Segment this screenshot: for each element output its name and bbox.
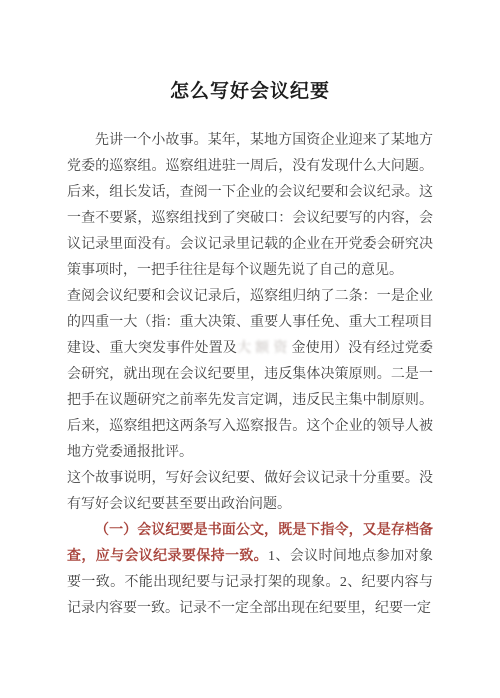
page-title: 怎么写好会议纪要: [0, 0, 500, 103]
text-run: 这个故事说明，写好会议纪要、做好会议记录十分重要。没有写好会议纪要甚至要出政治问…: [67, 471, 433, 512]
text-run: 金使用）没有经过党委会研究，就出现在会议纪要里，违反集体决策原则。二是一把手在议…: [67, 341, 433, 460]
document-body: 先讲一个小故事。某年，某地方国资企业迎来了某地方党委的巡察组。巡察组进驻一周后，…: [67, 128, 433, 622]
moral-paragraph: 这个故事说明，写好会议纪要、做好会议记录十分重要。没有写好会议纪要甚至要出政治问…: [67, 466, 433, 518]
text-run: 先讲一个小故事。某年，某地方国资企业迎来了某地方党委的巡察组。巡察组进驻一周后，…: [67, 133, 433, 278]
story-paragraph: 先讲一个小故事。某年，某地方国资企业迎来了某地方党委的巡察组。巡察组进驻一周后，…: [67, 128, 433, 284]
document-page: 怎么写好会议纪要 先讲一个小故事。某年，某地方国资企业迎来了某地方党委的巡察组。…: [0, 0, 500, 698]
guideline-paragraph: （一）会议纪要是书面公文，既是下指令，又是存档备查，应与会议纪录要保持一致。1、…: [67, 518, 433, 622]
redacted-text: 大额资: [237, 341, 292, 356]
findings-paragraph: 查阅会议纪要和会议记录后，巡察组归纳了二条：一是企业的四重一大（指：重大决策、重…: [67, 284, 433, 466]
